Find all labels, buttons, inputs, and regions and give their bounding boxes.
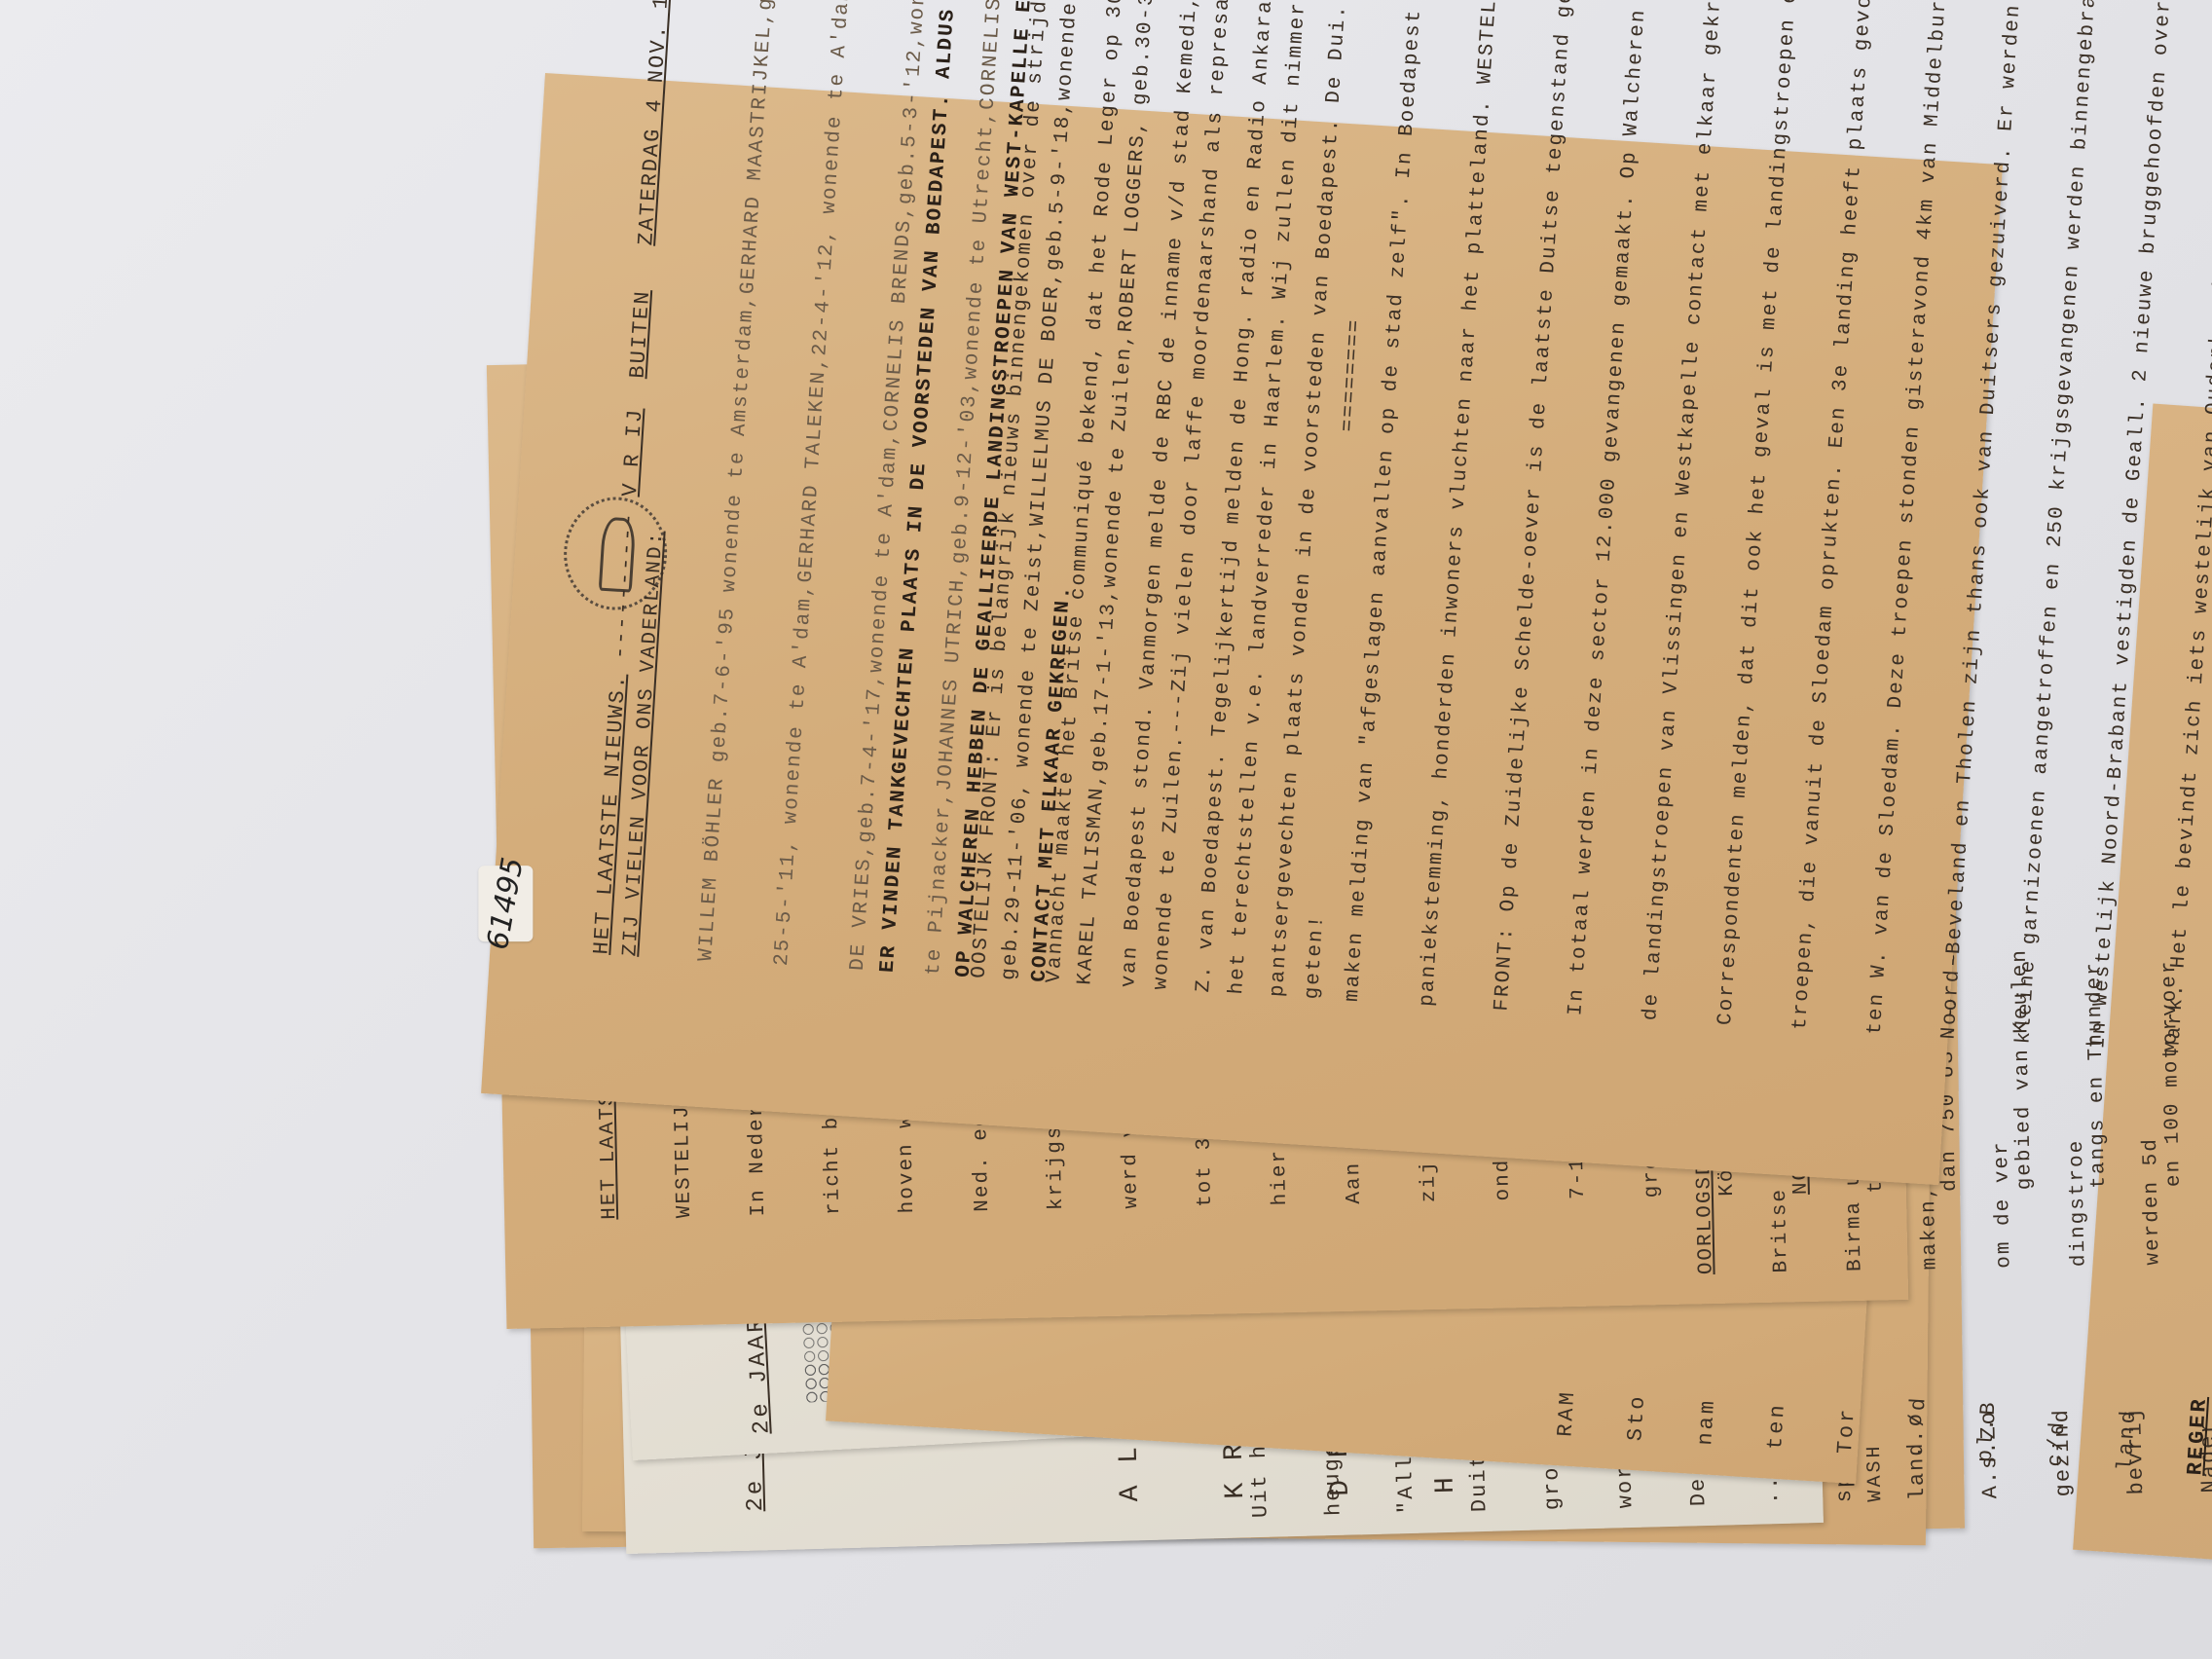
inventory-label: 61495 [478,866,533,941]
top-sheet-news-body: OOSTELIJK FRONT: Er is belangrijk nieuws… [918,0,2212,1212]
top-newsletter-sheet: HET LAATSTE NIEUWS. ---------- V R IJ BU… [481,73,2003,1185]
inventory-number: 61495 [481,855,531,952]
